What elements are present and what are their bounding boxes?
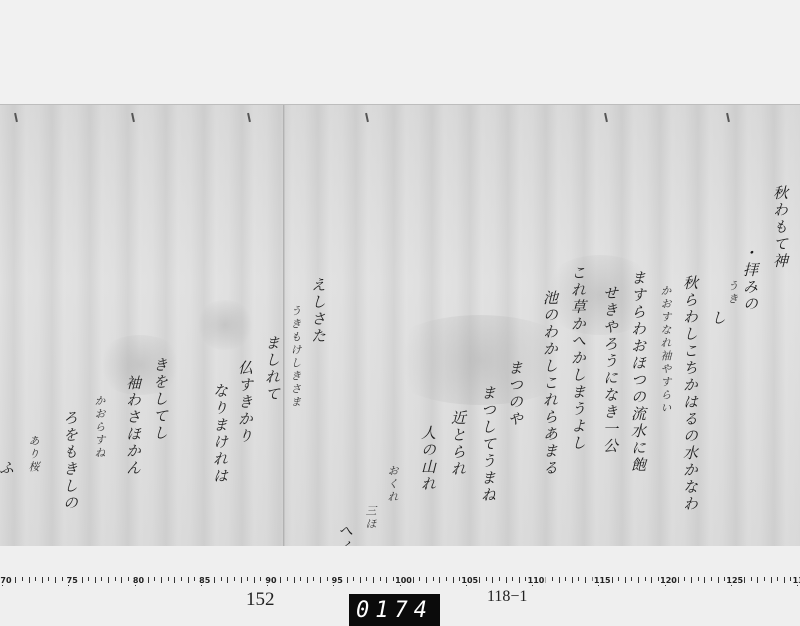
ruler-tick bbox=[691, 577, 692, 583]
ruler-tick bbox=[161, 577, 162, 583]
tick-mark bbox=[131, 113, 135, 122]
ruler-tick bbox=[121, 577, 122, 583]
text-column: 池のわかしこれらあまる bbox=[542, 290, 557, 477]
ruler-tick bbox=[751, 577, 752, 581]
ruler-tick bbox=[625, 577, 626, 583]
ruler-tick bbox=[578, 577, 579, 581]
ruler-label: 75 bbox=[66, 576, 79, 585]
tick-mark bbox=[247, 113, 251, 122]
ruler-tick bbox=[698, 577, 699, 581]
ruler-tick bbox=[618, 577, 619, 581]
ruler-tick bbox=[631, 577, 632, 581]
ruler-tick bbox=[545, 577, 546, 583]
tick-mark bbox=[365, 113, 369, 122]
ruler-tick bbox=[300, 577, 301, 581]
ruler-tick bbox=[260, 577, 261, 581]
text-column: ふ bbox=[0, 460, 13, 477]
text-column: ましれて bbox=[264, 335, 279, 403]
page-number: 152 bbox=[246, 589, 275, 611]
ruler-label: 105 bbox=[460, 576, 479, 585]
ruler-tick bbox=[35, 577, 36, 581]
text-column: ・拝みの bbox=[742, 245, 757, 313]
ruler-tick bbox=[559, 577, 560, 583]
ruler-tick bbox=[784, 577, 785, 583]
reference-number: 118−1 bbox=[487, 588, 527, 606]
ruler-tick bbox=[744, 577, 745, 583]
text-column: 秋らわしこちかはるの水かなわ bbox=[682, 275, 697, 513]
ruler-tick bbox=[386, 577, 387, 583]
ruler-tick bbox=[128, 577, 129, 581]
ruler-tick bbox=[62, 577, 63, 581]
ruler-label: 95 bbox=[331, 576, 344, 585]
ruler-tick bbox=[704, 577, 705, 583]
ruler-tick bbox=[771, 577, 772, 583]
ruler-tick bbox=[214, 577, 215, 583]
ruler-tick bbox=[154, 577, 155, 581]
ruler-tick bbox=[572, 577, 573, 583]
text-column: せきやろうになき一公 bbox=[602, 285, 617, 455]
decorative-chrysanthemum bbox=[195, 300, 255, 350]
ruler-label: 90 bbox=[264, 576, 277, 585]
ruler-tick bbox=[453, 577, 454, 583]
ruler-tick bbox=[585, 577, 586, 583]
text-column: あり桜 bbox=[28, 435, 39, 474]
ruler-tick bbox=[148, 577, 149, 583]
ruler-label: 115 bbox=[593, 576, 612, 585]
ruler-tick bbox=[492, 577, 493, 583]
text-column: ろをもきしの bbox=[62, 410, 77, 512]
text-column: えしさた bbox=[310, 277, 325, 345]
ruler-tick bbox=[241, 577, 242, 583]
tick-mark bbox=[726, 113, 730, 122]
ruler-tick bbox=[711, 577, 712, 581]
ruler-tick bbox=[227, 577, 228, 583]
ruler-tick bbox=[499, 577, 500, 581]
text-column: これ草かへかしまうよし bbox=[570, 265, 585, 452]
text-column: まつしてうまね bbox=[480, 385, 495, 504]
ruler-tick bbox=[108, 577, 109, 583]
ruler-tick bbox=[247, 577, 248, 581]
text-column: 袖わさほかん bbox=[125, 375, 140, 477]
ruler-label: 120 bbox=[659, 576, 678, 585]
text-column: 秋わもて神 bbox=[772, 185, 787, 270]
text-column: きをしてし bbox=[152, 357, 167, 442]
frame-counter: 0174 bbox=[349, 594, 440, 626]
ruler-tick bbox=[353, 577, 354, 581]
text-column: 人の山れ bbox=[420, 425, 435, 493]
ruler-tick bbox=[168, 577, 169, 581]
ruler-tick bbox=[426, 577, 427, 583]
ruler-tick bbox=[221, 577, 222, 581]
ruler-tick bbox=[280, 577, 281, 583]
ruler-tick bbox=[188, 577, 189, 583]
ruler-label: 70 bbox=[0, 576, 13, 585]
measurement-ruler: 707580859095100105110115120125130 bbox=[0, 575, 800, 589]
ruler-tick bbox=[512, 577, 513, 581]
ruler-tick bbox=[115, 577, 116, 581]
ruler-tick bbox=[174, 577, 175, 583]
manuscript-paper: 秋わもて神・拝みのうきし秋らわしこちかはるの水かなわかおすなれ袖やすらいますらわ… bbox=[0, 104, 800, 548]
ruler-tick bbox=[645, 577, 646, 581]
ruler-tick bbox=[42, 577, 43, 583]
text-column: 仏すきかり bbox=[237, 360, 252, 445]
ruler-label: 85 bbox=[198, 576, 211, 585]
text-column: うきもけしきさま bbox=[290, 305, 301, 409]
text-column: 近とられ bbox=[450, 410, 465, 478]
ruler-tick bbox=[684, 577, 685, 581]
ruler-tick bbox=[22, 577, 23, 581]
ruler-tick bbox=[718, 577, 719, 583]
ruler-tick bbox=[48, 577, 49, 581]
ruler-tick bbox=[678, 577, 679, 583]
ruler-tick bbox=[287, 577, 288, 581]
ruler-tick bbox=[519, 577, 520, 583]
text-column: おくれ bbox=[387, 465, 398, 504]
tick-mark bbox=[14, 113, 18, 122]
ruler-tick bbox=[181, 577, 182, 581]
ruler-label: 125 bbox=[725, 576, 744, 585]
ruler-tick bbox=[313, 577, 314, 581]
ruler-tick bbox=[413, 577, 414, 583]
text-column: し bbox=[710, 310, 725, 327]
ruler-label: 130 bbox=[792, 576, 800, 585]
ruler-tick bbox=[320, 577, 321, 583]
ruler-tick bbox=[327, 577, 328, 581]
ruler-tick bbox=[366, 577, 367, 581]
ruler-tick bbox=[360, 577, 361, 583]
ruler-tick bbox=[101, 577, 102, 581]
text-column: まつのや bbox=[507, 360, 522, 428]
text-column: へく bbox=[337, 523, 352, 548]
ruler-tick bbox=[757, 577, 758, 583]
ruler-tick bbox=[565, 577, 566, 581]
ruler-tick bbox=[612, 577, 613, 583]
ruler-tick bbox=[433, 577, 434, 581]
ruler-tick bbox=[419, 577, 420, 581]
text-column: うき bbox=[727, 280, 738, 306]
sheet-seam bbox=[283, 105, 285, 547]
ruler-tick bbox=[88, 577, 89, 581]
ruler-tick bbox=[506, 577, 507, 583]
ruler-tick bbox=[638, 577, 639, 583]
ruler-tick bbox=[254, 577, 255, 583]
ruler-tick bbox=[82, 577, 83, 583]
text-column: かおすなれ袖やすらい bbox=[660, 285, 671, 415]
ruler-tick bbox=[234, 577, 235, 581]
ruler-tick bbox=[347, 577, 348, 583]
text-column: ますらわおほつの流水に飽 bbox=[630, 270, 645, 474]
ruler-tick bbox=[307, 577, 308, 583]
ruler-label: 100 bbox=[394, 576, 413, 585]
ruler-tick bbox=[486, 577, 487, 581]
text-column: 三ほ bbox=[365, 505, 376, 531]
ruler-tick bbox=[29, 577, 30, 583]
ruler-tick bbox=[373, 577, 374, 583]
ruler-tick bbox=[764, 577, 765, 581]
ruler-tick bbox=[446, 577, 447, 581]
ruler-label: 110 bbox=[527, 576, 546, 585]
ruler-tick bbox=[552, 577, 553, 581]
tick-mark bbox=[604, 113, 608, 122]
text-column: なりまけれは bbox=[212, 383, 227, 485]
ruler-tick bbox=[15, 577, 16, 583]
ruler-tick bbox=[55, 577, 56, 583]
ruler-tick bbox=[439, 577, 440, 583]
ruler-tick bbox=[194, 577, 195, 581]
scan-margin-top bbox=[0, 0, 800, 104]
ruler-tick bbox=[294, 577, 295, 583]
ruler-tick bbox=[651, 577, 652, 583]
ruler-tick bbox=[777, 577, 778, 581]
ruler-label: 80 bbox=[132, 576, 145, 585]
ruler-tick bbox=[95, 577, 96, 583]
ruler-tick bbox=[479, 577, 480, 583]
ruler-tick bbox=[380, 577, 381, 581]
text-column: かおらすね bbox=[94, 395, 105, 460]
